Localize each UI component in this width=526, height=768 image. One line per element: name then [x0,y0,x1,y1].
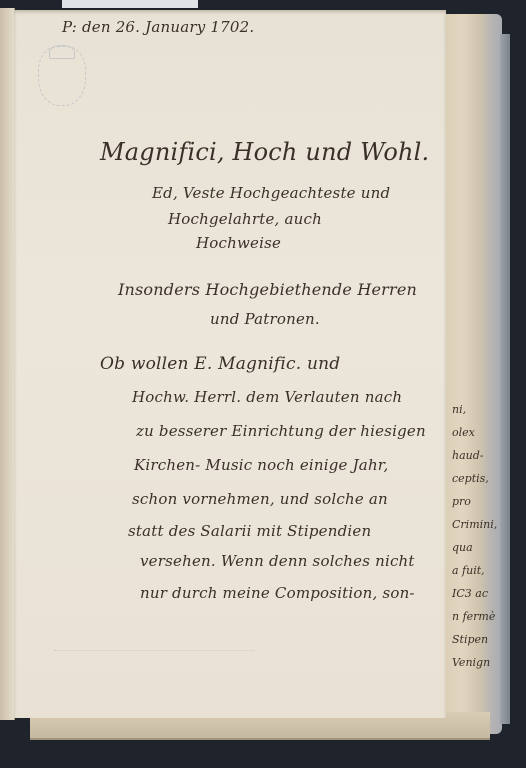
salutation-line-3: Hochgelahrte, auch [168,210,322,228]
margin-line: n fermè [452,605,502,628]
body-line-3: zu besserer Einrichtung der hiesigen [136,422,426,440]
body-line-2: Hochw. Herrl. dem Verlauten nach [132,388,402,406]
body-line-4: Kirchen- Music noch einige Jahr, [134,456,389,474]
docket-note: P: den 26. January 1702. [62,18,254,36]
margin-line: haud- [452,444,502,467]
salutation-line-5: Insonders Hochgebiethende Herren [118,280,417,299]
bleed-through-text [54,650,254,663]
margin-line: IC3 ac [452,582,502,605]
body-line-1: Ob wollen E. Magnific. und [100,354,340,374]
margin-line: Stipen [452,628,502,651]
salutation-line-4: Hochweise [196,234,281,252]
margin-line: qua [452,536,502,559]
coat-of-arms-stamp-icon [38,46,86,106]
body-line-8: nur durch meine Composition, son- [140,584,415,602]
margin-line: olex [452,421,502,444]
margin-line: Venign [452,651,502,674]
left-facing-page-edge [0,8,15,720]
margin-line: Crimini, [452,513,502,536]
margin-line: ceptis, [452,467,502,490]
salutation-line-2: Ed, Veste Hochgeachteste und [152,184,390,202]
body-line-6: statt des Salarii mit Stipendien [128,522,371,540]
margin-line: ni, [452,398,502,421]
body-line-5: schon vornehmen, und solche an [132,490,388,508]
background-label-card [62,0,198,8]
salutation-line-6: und Patronen. [210,310,320,328]
margin-line: a fuit, [452,559,502,582]
body-line-7: versehen. Wenn denn solches nicht [140,552,415,570]
salutation-line-1: Magnifici, Hoch und Wohl. [100,138,429,166]
underlying-page-margin-text: ni, olex haud- ceptis, pro Crimini, qua … [452,398,502,674]
margin-line: pro [452,490,502,513]
